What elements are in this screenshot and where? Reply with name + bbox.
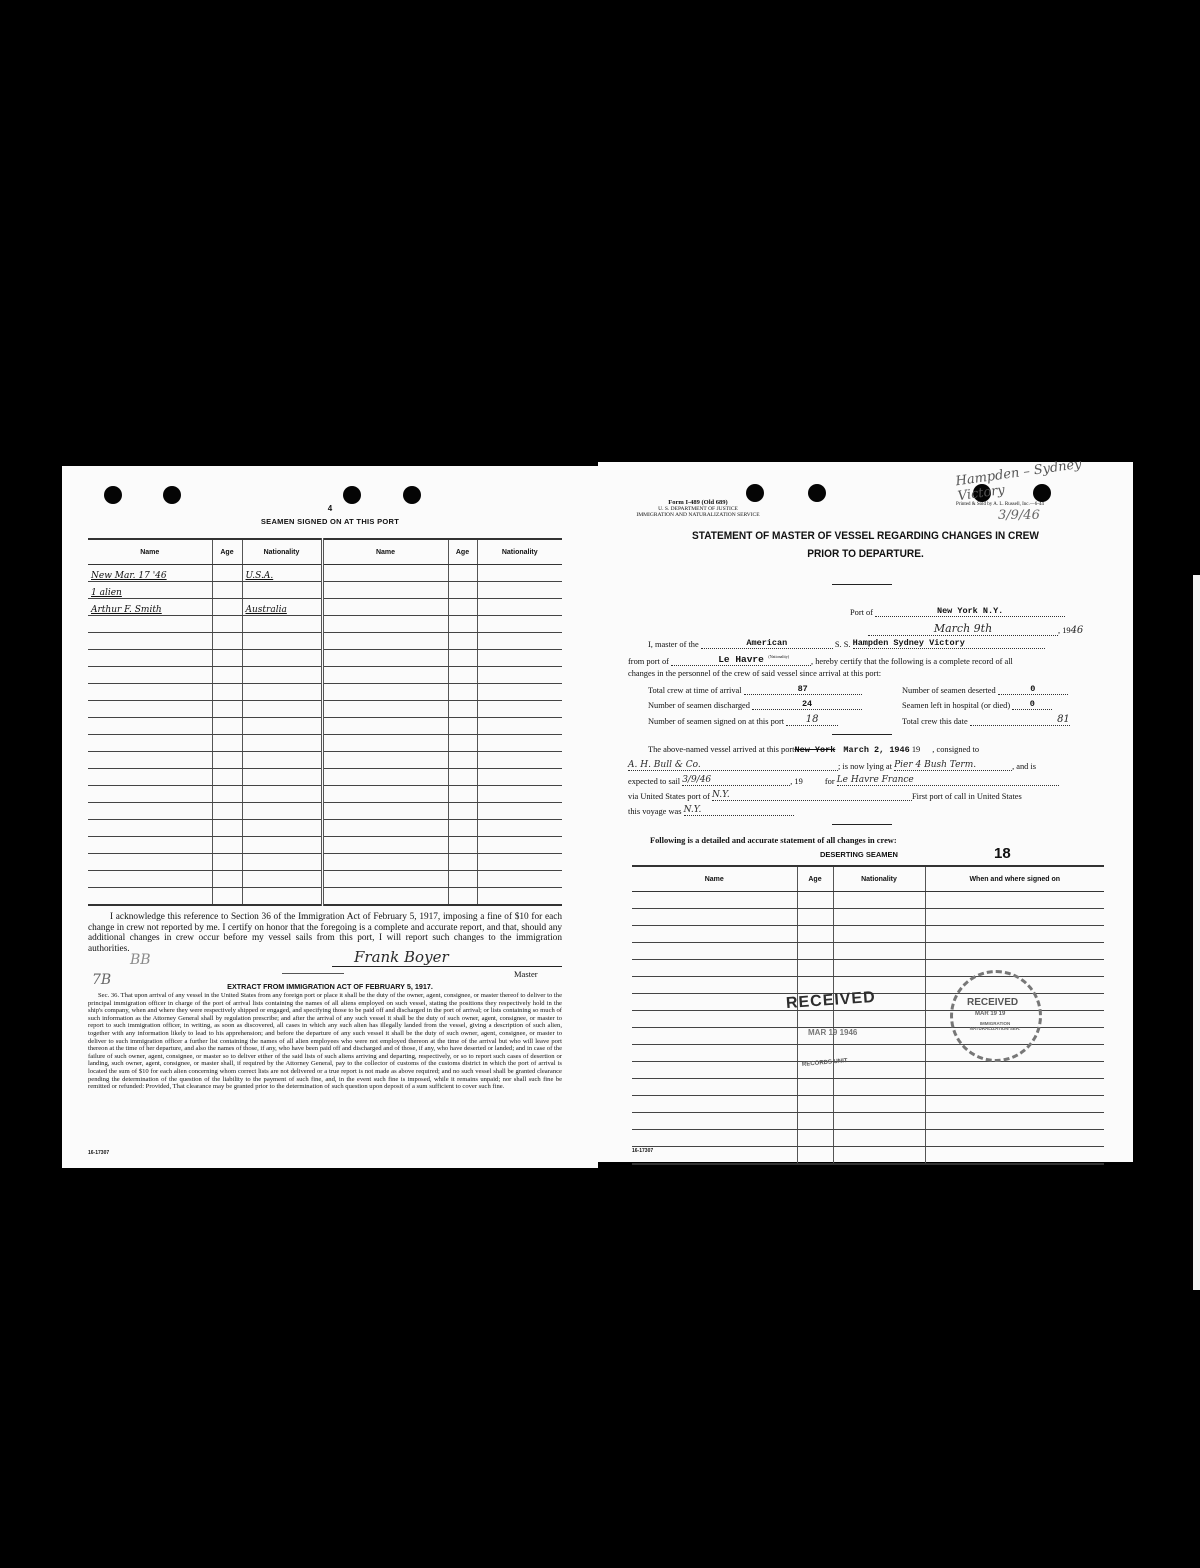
cell-age2: [448, 752, 477, 769]
cell-nationality: [242, 769, 322, 786]
table-cell: [833, 1011, 925, 1028]
table-cell: [833, 960, 925, 977]
cell-nationality2: [477, 650, 562, 667]
cell-age2: [448, 803, 477, 820]
discharged-field: Number of seamen discharged 24: [648, 699, 862, 710]
table-row: [632, 1079, 1104, 1096]
table-row: [88, 871, 562, 888]
extract-text: Sec. 36. That upon arrival of any vessel…: [88, 992, 562, 1091]
table-row: [632, 1113, 1104, 1130]
table-row: [88, 667, 562, 684]
cell-name: [88, 769, 212, 786]
form-title-line2: PRIOR TO DEPARTURE.: [619, 548, 1111, 560]
col-name-2: Name: [322, 539, 448, 565]
expected-label: expected to sail: [628, 777, 680, 786]
discharged-label: Number of seamen discharged: [648, 701, 750, 710]
cell-age: [212, 650, 242, 667]
nationality-value: American: [701, 638, 833, 649]
master-of-label: I, master of the: [648, 640, 699, 649]
year-value: 46: [1071, 625, 1084, 636]
from-port-field: from port of Le Havre (Nationality) , he…: [628, 654, 1013, 666]
arrived-field: The above-named vessel arrived at this p…: [648, 745, 979, 755]
consignee-field: A. H. Bull & Co.; is now lying at Pier 4…: [628, 760, 1036, 771]
table-cell: [925, 1096, 1104, 1113]
lying-label: ; is now lying at: [838, 762, 892, 771]
table-row: [632, 926, 1104, 943]
service: IMMIGRATION AND NATURALIZATION SERVICE: [598, 512, 798, 518]
cell-nationality2: [477, 888, 562, 906]
table-cell: [925, 943, 1104, 960]
cell-name: Arthur F. Smith: [88, 599, 212, 616]
cell-name2: [322, 888, 448, 906]
cell-nationality: [242, 616, 322, 633]
table-cell: [632, 960, 797, 977]
signature-line: [332, 966, 562, 967]
cell-name2: [322, 803, 448, 820]
consigned-label: , consigned to: [932, 745, 979, 754]
cell-age2: [448, 786, 477, 803]
total-crew-arrival-field: Total crew at time of arrival 87: [648, 684, 862, 695]
table-cell: [833, 1113, 925, 1130]
table-cell: [797, 1079, 833, 1096]
table-cell: [833, 1130, 925, 1147]
table-row: [632, 960, 1104, 977]
cell-nationality2: [477, 616, 562, 633]
table-cell: [797, 960, 833, 977]
cell-name: [88, 871, 212, 888]
cell-name: 1 alien: [88, 582, 212, 599]
table-cell: [632, 1113, 797, 1130]
divider: [832, 734, 892, 735]
table-row: [88, 633, 562, 650]
cell-age: [212, 633, 242, 650]
cell-age2: [448, 650, 477, 667]
total-crew-arrival-value: 87: [744, 684, 862, 695]
col-nationality: Nationality: [242, 539, 322, 565]
table-row: [88, 769, 562, 786]
cell-nationality2: [477, 684, 562, 701]
received-stamp-date: MAR 19 1946: [808, 1028, 857, 1037]
expected-value: 3/9/46: [682, 775, 790, 786]
cell-name2: [322, 650, 448, 667]
for-label: for: [825, 777, 835, 786]
table-row: [88, 888, 562, 906]
cell-name2: [322, 718, 448, 735]
total-crew-date-label: Total crew this date: [902, 717, 968, 726]
port-value: New York N.Y.: [875, 606, 1065, 617]
seamen-signed-on-table: Name Age Nationality Name Age Nationalit…: [88, 538, 562, 906]
table-row: [632, 1147, 1104, 1165]
table-cell: [632, 943, 797, 960]
punch-hole: [343, 486, 361, 504]
cell-nationality2: [477, 854, 562, 871]
cell-age: [212, 888, 242, 906]
cell-name: [88, 888, 212, 906]
cell-nationality2: [477, 582, 562, 599]
cell-age2: [448, 633, 477, 650]
table-cell: [925, 926, 1104, 943]
cell-nationality: [242, 803, 322, 820]
cell-name: [88, 650, 212, 667]
hospital-value: 0: [1012, 699, 1052, 710]
table-row: 1 alien: [88, 582, 562, 599]
cell-nationality: [242, 820, 322, 837]
cell-nationality2: [477, 701, 562, 718]
cell-age2: [448, 701, 477, 718]
year-label: , 19: [790, 777, 803, 786]
col-nationality: Nationality: [833, 866, 925, 892]
table-row: [632, 943, 1104, 960]
table-row: [88, 701, 562, 718]
cell-nationality2: [477, 718, 562, 735]
table-cell: [925, 909, 1104, 926]
cell-age: [212, 803, 242, 820]
cell-age2: [448, 616, 477, 633]
extract-title: EXTRACT FROM IMMIGRATION ACT OF FEBRUARY…: [62, 982, 598, 991]
arrived-label: The above-named vessel arrived at this p…: [648, 745, 795, 754]
page-number: 4: [62, 504, 598, 513]
cell-nationality: [242, 667, 322, 684]
cell-age2: [448, 582, 477, 599]
via-label: via United States port of: [628, 792, 710, 801]
footer-code: 16-17307: [632, 1148, 653, 1154]
cell-name2: [322, 837, 448, 854]
cell-nationality: [242, 735, 322, 752]
table-row: [88, 837, 562, 854]
cell-age2: [448, 769, 477, 786]
cell-age: [212, 718, 242, 735]
table-cell: [925, 1062, 1104, 1079]
cell-nationality2: [477, 820, 562, 837]
col-age-2: Age: [448, 539, 477, 565]
table-cell: [632, 1062, 797, 1079]
arrived-port-value: New York: [795, 745, 836, 755]
cell-age: [212, 599, 242, 616]
and-is-label: , and is: [1012, 762, 1036, 771]
punch-hole: [403, 486, 421, 504]
cell-name2: [322, 735, 448, 752]
cell-age: [212, 565, 242, 582]
cell-nationality: [242, 650, 322, 667]
total-crew-date-value: 81: [970, 714, 1070, 726]
table-row: New Mar. 17 '46U.S.A.: [88, 565, 562, 582]
deserted-label: Number of seamen deserted: [902, 686, 996, 695]
table-cell: [833, 1147, 925, 1165]
cell-name2: [322, 820, 448, 837]
table-row: [88, 820, 562, 837]
from-port-label: from port of: [628, 657, 669, 666]
table-cell: [632, 1130, 797, 1147]
right-page: Form I-489 (Old 689) U. S. DEPARTMENT OF…: [598, 462, 1133, 1162]
adjacent-page-edge: [1193, 575, 1200, 1290]
cell-name2: [322, 854, 448, 871]
cell-name: [88, 803, 212, 820]
footer-code: 16-17307: [88, 1150, 109, 1156]
table-cell: [925, 1079, 1104, 1096]
table-row: [88, 735, 562, 752]
cell-age: [212, 582, 242, 599]
expected-sail-field: expected to sail 3/9/46, 19 for Le Havre…: [628, 775, 1059, 786]
table-cell: [797, 977, 833, 994]
cell-name2: [322, 616, 448, 633]
master-of-field: I, master of the American S. S. Hampden …: [648, 638, 1045, 649]
cell-name: [88, 616, 212, 633]
cell-nationality: [242, 752, 322, 769]
cell-name2: [322, 599, 448, 616]
cell-name: [88, 633, 212, 650]
cell-age2: [448, 599, 477, 616]
master-label: Master: [514, 969, 538, 979]
cell-name: [88, 752, 212, 769]
table-row: [632, 892, 1104, 909]
cell-nationality: U.S.A.: [242, 565, 322, 582]
cell-age: [212, 752, 242, 769]
table-row: [632, 909, 1104, 926]
col-name: Name: [632, 866, 797, 892]
cell-nationality: Australia: [242, 599, 322, 616]
table-cell: [632, 977, 797, 994]
cell-nationality2: [477, 837, 562, 854]
cell-age: [212, 735, 242, 752]
table-cell: [632, 1096, 797, 1113]
table-cell: [833, 943, 925, 960]
cell-age: [212, 616, 242, 633]
port-label: Port of: [850, 608, 873, 617]
hospital-label: Seamen left in hospital (or died): [902, 701, 1010, 710]
table-row: [88, 650, 562, 667]
table-row: Arthur F. SmithAustralia: [88, 599, 562, 616]
ship-name-value: Hampden Sydney Victory: [853, 638, 1045, 649]
circular-stamp: RECEIVED MAR 19 19 IMMIGRATION NATURALIZ…: [950, 970, 1042, 1062]
signed-on-label: Number of seamen signed on at this port: [648, 717, 784, 726]
cell-name2: [322, 871, 448, 888]
table-cell: [632, 909, 797, 926]
date-value: March 9th: [868, 622, 1058, 636]
cell-nationality: [242, 888, 322, 906]
cell-name: [88, 854, 212, 871]
certify-text: , hereby certify that the following is a…: [811, 657, 1013, 666]
via-port-field: via United States port of N.Y.First port…: [628, 790, 1022, 801]
table-cell: [833, 892, 925, 909]
punch-hole: [104, 486, 122, 504]
table-cell: [632, 1045, 797, 1062]
left-page: 4 SEAMEN SIGNED ON AT THIS PORT Name Age…: [62, 466, 598, 1168]
divider: [832, 824, 892, 825]
cell-name: [88, 701, 212, 718]
col-age: Age: [797, 866, 833, 892]
table-row: [88, 752, 562, 769]
cell-nationality: [242, 633, 322, 650]
table-row: [88, 616, 562, 633]
circular-stamp-org: IMMIGRATION NATURALIZATION SER.: [963, 1021, 1027, 1031]
cell-name2: [322, 667, 448, 684]
table-cell: [797, 1096, 833, 1113]
table-cell: [632, 1011, 797, 1028]
divider: [282, 973, 344, 974]
cell-age: [212, 667, 242, 684]
circular-stamp-received: RECEIVED: [967, 997, 1018, 1008]
cell-name2: [322, 633, 448, 650]
cell-name: [88, 837, 212, 854]
table-cell: [632, 1028, 797, 1045]
cell-age: [212, 820, 242, 837]
cell-age2: [448, 837, 477, 854]
total-crew-date-field: Total crew this date 81: [902, 714, 1070, 726]
cell-name: [88, 735, 212, 752]
table-cell: [833, 909, 925, 926]
table-row: [88, 786, 562, 803]
date-field: March 9th, 1946: [868, 622, 1083, 636]
for-value: Le Havre France: [837, 775, 1059, 786]
table-cell: [925, 1113, 1104, 1130]
cell-age2: [448, 667, 477, 684]
cell-nationality2: [477, 871, 562, 888]
cell-nationality2: [477, 752, 562, 769]
table-cell: [833, 1096, 925, 1113]
hospital-field: Seamen left in hospital (or died) 0: [902, 699, 1052, 710]
table-row: [632, 1045, 1104, 1062]
table-cell: [632, 926, 797, 943]
cell-nationality: [242, 684, 322, 701]
table-row: [632, 1130, 1104, 1147]
cell-age2: [448, 854, 477, 871]
cell-nationality2: [477, 786, 562, 803]
cell-age2: [448, 565, 477, 582]
table-cell: [925, 1130, 1104, 1147]
cell-age: [212, 684, 242, 701]
table-cell: [797, 1130, 833, 1147]
cell-nationality2: [477, 565, 562, 582]
consignee-value: A. H. Bull & Co.: [628, 760, 838, 771]
margin-annotation: BB: [130, 952, 151, 968]
cell-nationality2: [477, 633, 562, 650]
table-cell: [925, 892, 1104, 909]
handwritten-date: 3/9/46: [998, 508, 1040, 523]
year-prefix: , 19: [1058, 626, 1071, 635]
cell-nationality2: [477, 803, 562, 820]
cell-name2: [322, 582, 448, 599]
from-port-value: Le Havre: [718, 654, 764, 665]
punch-hole: [163, 486, 181, 504]
cell-nationality: [242, 718, 322, 735]
table-cell: [833, 1079, 925, 1096]
deserted-field: Number of seamen deserted 0: [902, 684, 1068, 695]
cell-name: [88, 684, 212, 701]
cell-name: [88, 786, 212, 803]
voyage-label: this voyage was: [628, 807, 682, 816]
from-port-line: Le Havre (Nationality): [671, 654, 811, 666]
cell-nationality: [242, 871, 322, 888]
cell-name: New Mar. 17 '46: [88, 565, 212, 582]
signed-on-field: Number of seamen signed on at this port …: [648, 714, 838, 726]
cell-nationality2: [477, 599, 562, 616]
circular-stamp-date: MAR 19 19: [975, 1011, 1005, 1017]
voyage-value: N.Y.: [684, 805, 794, 816]
table-cell: [632, 1147, 797, 1165]
cell-name2: [322, 684, 448, 701]
divider: [832, 584, 892, 585]
table-cell: [797, 1011, 833, 1028]
table-cell: [833, 926, 925, 943]
table-row: [632, 1096, 1104, 1113]
table-cell: [797, 926, 833, 943]
printer-credit: Printed & Sold by A. L. Russell, Inc.—6-…: [956, 502, 1044, 507]
cell-name: [88, 820, 212, 837]
deserted-value: 0: [998, 684, 1068, 695]
punch-hole: [808, 484, 826, 502]
cell-age2: [448, 820, 477, 837]
first-port-label: First port of call in United States: [912, 792, 1022, 801]
cell-name: [88, 718, 212, 735]
cell-nationality: [242, 786, 322, 803]
col-age: Age: [212, 539, 242, 565]
arrived-date-value: March 2, 1946: [843, 745, 909, 755]
cell-age2: [448, 888, 477, 906]
cell-name2: [322, 786, 448, 803]
total-crew-arrival-label: Total crew at time of arrival: [648, 686, 742, 695]
table-row: [632, 1062, 1104, 1079]
cell-name2: [322, 769, 448, 786]
table-row: [88, 854, 562, 871]
cell-age2: [448, 871, 477, 888]
cell-age: [212, 769, 242, 786]
cell-nationality2: [477, 735, 562, 752]
cell-nationality2: [477, 769, 562, 786]
table-cell: [925, 1147, 1104, 1165]
cell-name2: [322, 752, 448, 769]
cell-nationality2: [477, 667, 562, 684]
voyage-field: this voyage was N.Y.: [628, 805, 794, 816]
table-row: [88, 684, 562, 701]
cell-age2: [448, 684, 477, 701]
cell-name2: [322, 565, 448, 582]
cell-nationality: [242, 582, 322, 599]
cell-age: [212, 701, 242, 718]
arrived-year-suffix: 19: [912, 745, 920, 754]
form-title-line1: STATEMENT OF MASTER OF VESSEL REGARDING …: [619, 530, 1111, 542]
ss-label: S. S.: [835, 640, 851, 649]
col-name: Name: [88, 539, 212, 565]
table-cell: [797, 1147, 833, 1165]
master-signature: Frank Boyer: [354, 948, 449, 966]
deserting-count: 18: [994, 845, 1011, 862]
via-value: N.Y.: [712, 790, 912, 801]
table-row: [88, 803, 562, 820]
cell-name2: [322, 701, 448, 718]
cell-nationality: [242, 701, 322, 718]
following-text: Following is a detailed and accurate sta…: [650, 836, 897, 845]
table-cell: [632, 994, 797, 1011]
port-field: Port of New York N.Y.: [850, 606, 1065, 617]
cell-age: [212, 871, 242, 888]
cell-name: [88, 667, 212, 684]
cell-nationality: [242, 837, 322, 854]
table-cell: [632, 1079, 797, 1096]
table-cell: [797, 909, 833, 926]
changes-text: changes in the personnel of the crew of …: [628, 669, 881, 678]
deserting-title: DESERTING SEAMEN: [820, 850, 898, 859]
col-nationality-2: Nationality: [477, 539, 562, 565]
cell-age: [212, 854, 242, 871]
table-cell: [632, 892, 797, 909]
nationality-caption: (Nationality): [768, 654, 789, 659]
table-cell: [797, 1113, 833, 1130]
cell-age2: [448, 718, 477, 735]
section-title: SEAMEN SIGNED ON AT THIS PORT: [62, 517, 598, 526]
acknowledgement-text: I acknowledge this reference to Section …: [88, 912, 562, 954]
table-cell: [797, 892, 833, 909]
table-row: [88, 718, 562, 735]
